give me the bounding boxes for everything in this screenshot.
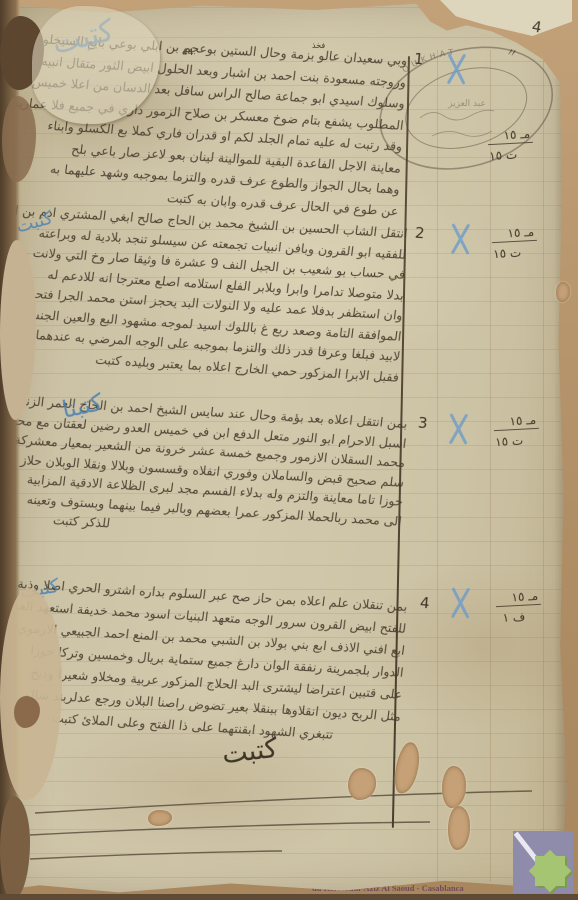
blue-x-mark bbox=[442, 52, 468, 86]
entry-text-block: انتقل الشاب الحسين بن الشيخ محمد بن الحا… bbox=[7, 201, 408, 388]
margin-note-top: مـ ١٥ bbox=[491, 225, 536, 243]
margin-note-bottom: ت ١٥ bbox=[492, 246, 521, 261]
margin-fee-note: مـ ١٥ ف ١ bbox=[495, 589, 541, 625]
blue-x-mark bbox=[446, 222, 472, 256]
closing-rules bbox=[0, 770, 578, 900]
margin-note-bottom: ت ١٥ bbox=[488, 148, 517, 163]
entry-number: 4 bbox=[419, 594, 430, 613]
blue-x-mark bbox=[446, 586, 472, 620]
entry-number: 2 bbox=[414, 224, 425, 243]
entry-text-block: بمن تنقلان علم اعلاه بمن حاز صح عبر السل… bbox=[8, 573, 408, 750]
margin-fee-note: مـ ١٥ ت ١٥ bbox=[491, 225, 537, 261]
margin-note-top: مـ ١٥ bbox=[487, 127, 532, 145]
scanned-manuscript-page: OUKHAT عبد العزيز 4 〃 1 44 فخذ مـ ١٥ ت ١… bbox=[0, 0, 578, 900]
scan-bottom-edge bbox=[0, 894, 578, 900]
margin-fee-note: مـ ١٥ ت ١٥ bbox=[487, 127, 533, 163]
stamp-inner-text: عبد العزيز bbox=[447, 99, 486, 109]
damage-hole bbox=[556, 282, 570, 302]
entry-number: 1 bbox=[413, 50, 424, 69]
blue-x-mark bbox=[444, 412, 470, 446]
margin-fee-note: مـ ١٥ ت ١٥ bbox=[493, 413, 539, 449]
margin-note-top: مـ ١٥ bbox=[495, 589, 540, 607]
entry-number: 3 bbox=[417, 414, 428, 433]
page-number-mark: 4 bbox=[531, 17, 544, 36]
margin-note-top: مـ ١٥ bbox=[493, 413, 538, 431]
margin-note-bottom: ف ١ bbox=[496, 610, 525, 625]
margin-note-bottom: ت ١٥ bbox=[494, 434, 523, 449]
